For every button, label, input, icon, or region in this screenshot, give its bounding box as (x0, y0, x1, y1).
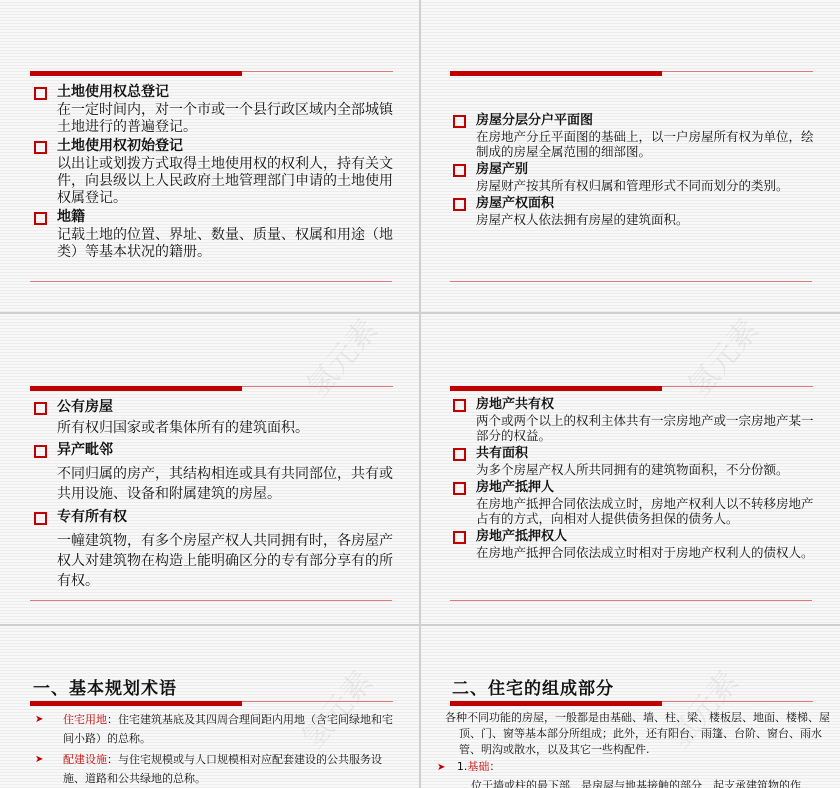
title-bar-thick (30, 386, 242, 391)
bullet-item: ➤ 配建设施：与住宅规模或与人口规模相对应配套建设的公共服务设施、道路和公共绿地… (33, 750, 403, 788)
checkbox-bullet-icon (453, 448, 466, 461)
bullet-term: 基础 (467, 760, 489, 773)
term-title: 房地产共有权 (452, 396, 814, 413)
slide-2[interactable]: 房屋分层分户平面图 在房地产分丘平面图的基础上，以一户房屋所有权为单位，绘制成的… (421, 0, 840, 312)
term-title: 土地使用权初始登记 (33, 137, 393, 156)
footer-line (450, 600, 812, 601)
term-title-text: 房地产共有权 (476, 397, 554, 412)
bullet-term: 配建设施 (63, 753, 107, 766)
term-desc: 房屋财产按其所有权归属和管理形式不同而划分的类别。 (452, 178, 814, 193)
term-title: 异产毗邻 (33, 441, 393, 460)
term-desc: 以出让或划拨方式取得土地使用权的权利人，持有关文件，向县级以上人民政府土地管理部… (33, 156, 393, 207)
term-title: 房屋分层分户平面图 (452, 112, 814, 129)
slide-3[interactable]: 氢元素 公有房屋 所有权归国家或者集体所有的建筑面积。 异产毗邻 不同归属的房产… (0, 314, 419, 624)
term-title: 土地使用权总登记 (33, 83, 393, 102)
term-title-text: 异产毗邻 (57, 442, 113, 458)
bullet-sep: ： (107, 753, 118, 766)
term-title: 房地产抵押人 (452, 479, 814, 496)
checkbox-bullet-icon (453, 198, 466, 211)
checkbox-bullet-icon (453, 399, 466, 412)
checkbox-bullet-icon (453, 531, 466, 544)
title-bar-thick (30, 71, 242, 76)
footer-line (30, 281, 392, 282)
term-title-text: 房地产抵押权人 (476, 529, 567, 544)
term-desc: 在房地产分丘平面图的基础上，以一户房屋所有权为单位，绘制成的房屋全属范围的细部图… (452, 129, 814, 159)
checkbox-bullet-icon (453, 164, 466, 177)
title-bar-thin (662, 386, 813, 387)
bullet-number: 1. (457, 760, 468, 773)
bullet-term: 住宅用地 (63, 713, 107, 726)
checkbox-bullet-icon (453, 482, 466, 495)
slide-5[interactable]: 氢元素 一、基本规划术语 ➤ 住宅用地：住宅建筑基底及其四周合理间距内用地（含宅… (0, 626, 419, 788)
term-list: 土地使用权总登记 在一定时间内，对一个市或一个县行政区域内全部城镇土地进行的普遍… (33, 83, 393, 261)
slide-1[interactable]: 土地使用权总登记 在一定时间内，对一个市或一个县行政区域内全部城镇土地进行的普遍… (0, 0, 419, 312)
arrow-bullet-icon: ➤ (437, 762, 445, 773)
term-desc: 在房地产抵押合同依法成立时，房地产权利人以不转移房地产占有的方式，向相对人提供债… (452, 496, 814, 526)
term-title: 房屋产权面积 (452, 195, 814, 212)
term-desc: 房屋产权人依法拥有房屋的建筑面积。 (452, 212, 814, 227)
term-title: 共有面积 (452, 445, 814, 462)
term-title: 地籍 (33, 208, 393, 227)
title-bar-thick (450, 386, 662, 391)
title-bar-thin (242, 701, 393, 702)
term-title-text: 土地使用权总登记 (57, 84, 169, 100)
slide-6[interactable]: 氢元素 二、住宅的组成部分 各种不同功能的房屋，一般都是由基础、墙、柱、梁、楼板… (421, 626, 840, 788)
checkbox-bullet-icon (34, 87, 47, 100)
term-title-text: 公有房屋 (57, 399, 113, 415)
watermark: 氢元素 (294, 314, 386, 405)
bullet-item: ➤ 住宅用地：住宅建筑基底及其四周合理间距内用地（含宅间绿地和宅间小路）的总称。 (33, 710, 403, 748)
footer-line (450, 281, 812, 282)
arrow-bullet-icon: ➤ (35, 710, 43, 729)
term-desc: 为多个房屋产权人所共同拥有的建筑物面积，不分份额。 (452, 462, 814, 477)
bullet-sep: ： (489, 760, 500, 773)
term-list: 房屋分层分户平面图 在房地产分丘平面图的基础上，以一户房屋所有权为单位，绘制成的… (452, 112, 814, 227)
term-desc: 一幢建筑物，有多个房屋产权人共同拥有时，各房屋产权人对建筑物在构造上能明确区分的… (33, 531, 393, 591)
term-desc: 在一定时间内，对一个市或一个县行政区域内全部城镇土地进行的普遍登记。 (33, 102, 393, 136)
title-bar-thin (242, 71, 393, 72)
title-bar-thick (30, 701, 242, 706)
term-desc: 在房地产抵押合同依法成立时相对于房地产权利人的债权人。 (452, 545, 814, 560)
term-desc: 不同归属的房产，其结构相连或具有共同部位，共有或共用设施、设备和附属建筑的房屋。 (33, 464, 393, 504)
bullet-item: ➤ 1.基础： 位于墙或柱的最下部，是房屋与地基接触的部分，起支承建筑物的作 (437, 759, 817, 788)
term-list: 公有房屋 所有权归国家或者集体所有的建筑面积。 异产毗邻 不同归属的房产，其结构… (33, 398, 393, 591)
section-heading: 一、基本规划术语 (33, 674, 177, 699)
term-title-text: 共有面积 (476, 446, 528, 461)
bullet-list: ➤ 住宅用地：住宅建筑基底及其四周合理间距内用地（含宅间绿地和宅间小路）的总称。… (33, 710, 403, 788)
intro-paragraph: 各种不同功能的房屋，一般都是由基础、墙、柱、梁、楼板层、地面、楼梯、屋顶、门、窗… (445, 710, 831, 758)
arrow-bullet-icon: ➤ (35, 750, 43, 769)
term-title-text: 地籍 (57, 209, 85, 225)
title-bar-thin (242, 386, 393, 387)
term-title: 公有房屋 (33, 398, 393, 417)
term-desc: 记载土地的位置、界址、数量、质量、权属和用途（地类）等基本状况的籍册。 (33, 227, 393, 261)
term-title: 专有所有权 (33, 508, 393, 527)
bullet-text: 位于墙或柱的最下部，是房屋与地基接触的部分，起支承建筑物的作 (437, 778, 817, 788)
checkbox-bullet-icon (34, 512, 47, 525)
term-desc: 所有权归国家或者集体所有的建筑面积。 (33, 420, 393, 437)
term-title-text: 专有所有权 (57, 509, 127, 525)
term-title: 房地产抵押权人 (452, 528, 814, 545)
footer-line (30, 600, 392, 601)
title-bar-thick (450, 71, 662, 76)
title-bar-thin (662, 71, 813, 72)
term-title-text: 房屋产权面积 (476, 196, 554, 211)
section-heading: 二、住宅的组成部分 (452, 674, 614, 699)
checkbox-bullet-icon (34, 402, 47, 415)
term-title-text: 房屋分层分户平面图 (476, 113, 593, 128)
checkbox-bullet-icon (453, 115, 466, 128)
title-bar-thick (450, 701, 662, 706)
term-title-text: 土地使用权初始登记 (57, 138, 183, 154)
bullet-sep: ： (107, 713, 118, 726)
checkbox-bullet-icon (34, 141, 47, 154)
term-desc: 两个或两个以上的权利主体共有一宗房地产或一宗房地产某一部分的权益。 (452, 413, 814, 443)
checkbox-bullet-icon (34, 212, 47, 225)
term-title-text: 房地产抵押人 (476, 480, 554, 495)
title-bar-thin (662, 701, 813, 702)
term-title: 房屋产别 (452, 161, 814, 178)
term-title-text: 房屋产别 (476, 162, 528, 177)
watermark: 氢元素 (675, 314, 767, 405)
term-list: 房地产共有权 两个或两个以上的权利主体共有一宗房地产或一宗房地产某一部分的权益。… (452, 396, 814, 560)
checkbox-bullet-icon (34, 445, 47, 458)
slide-4[interactable]: 氢元素 房地产共有权 两个或两个以上的权利主体共有一宗房地产或一宗房地产某一部分… (421, 314, 840, 624)
